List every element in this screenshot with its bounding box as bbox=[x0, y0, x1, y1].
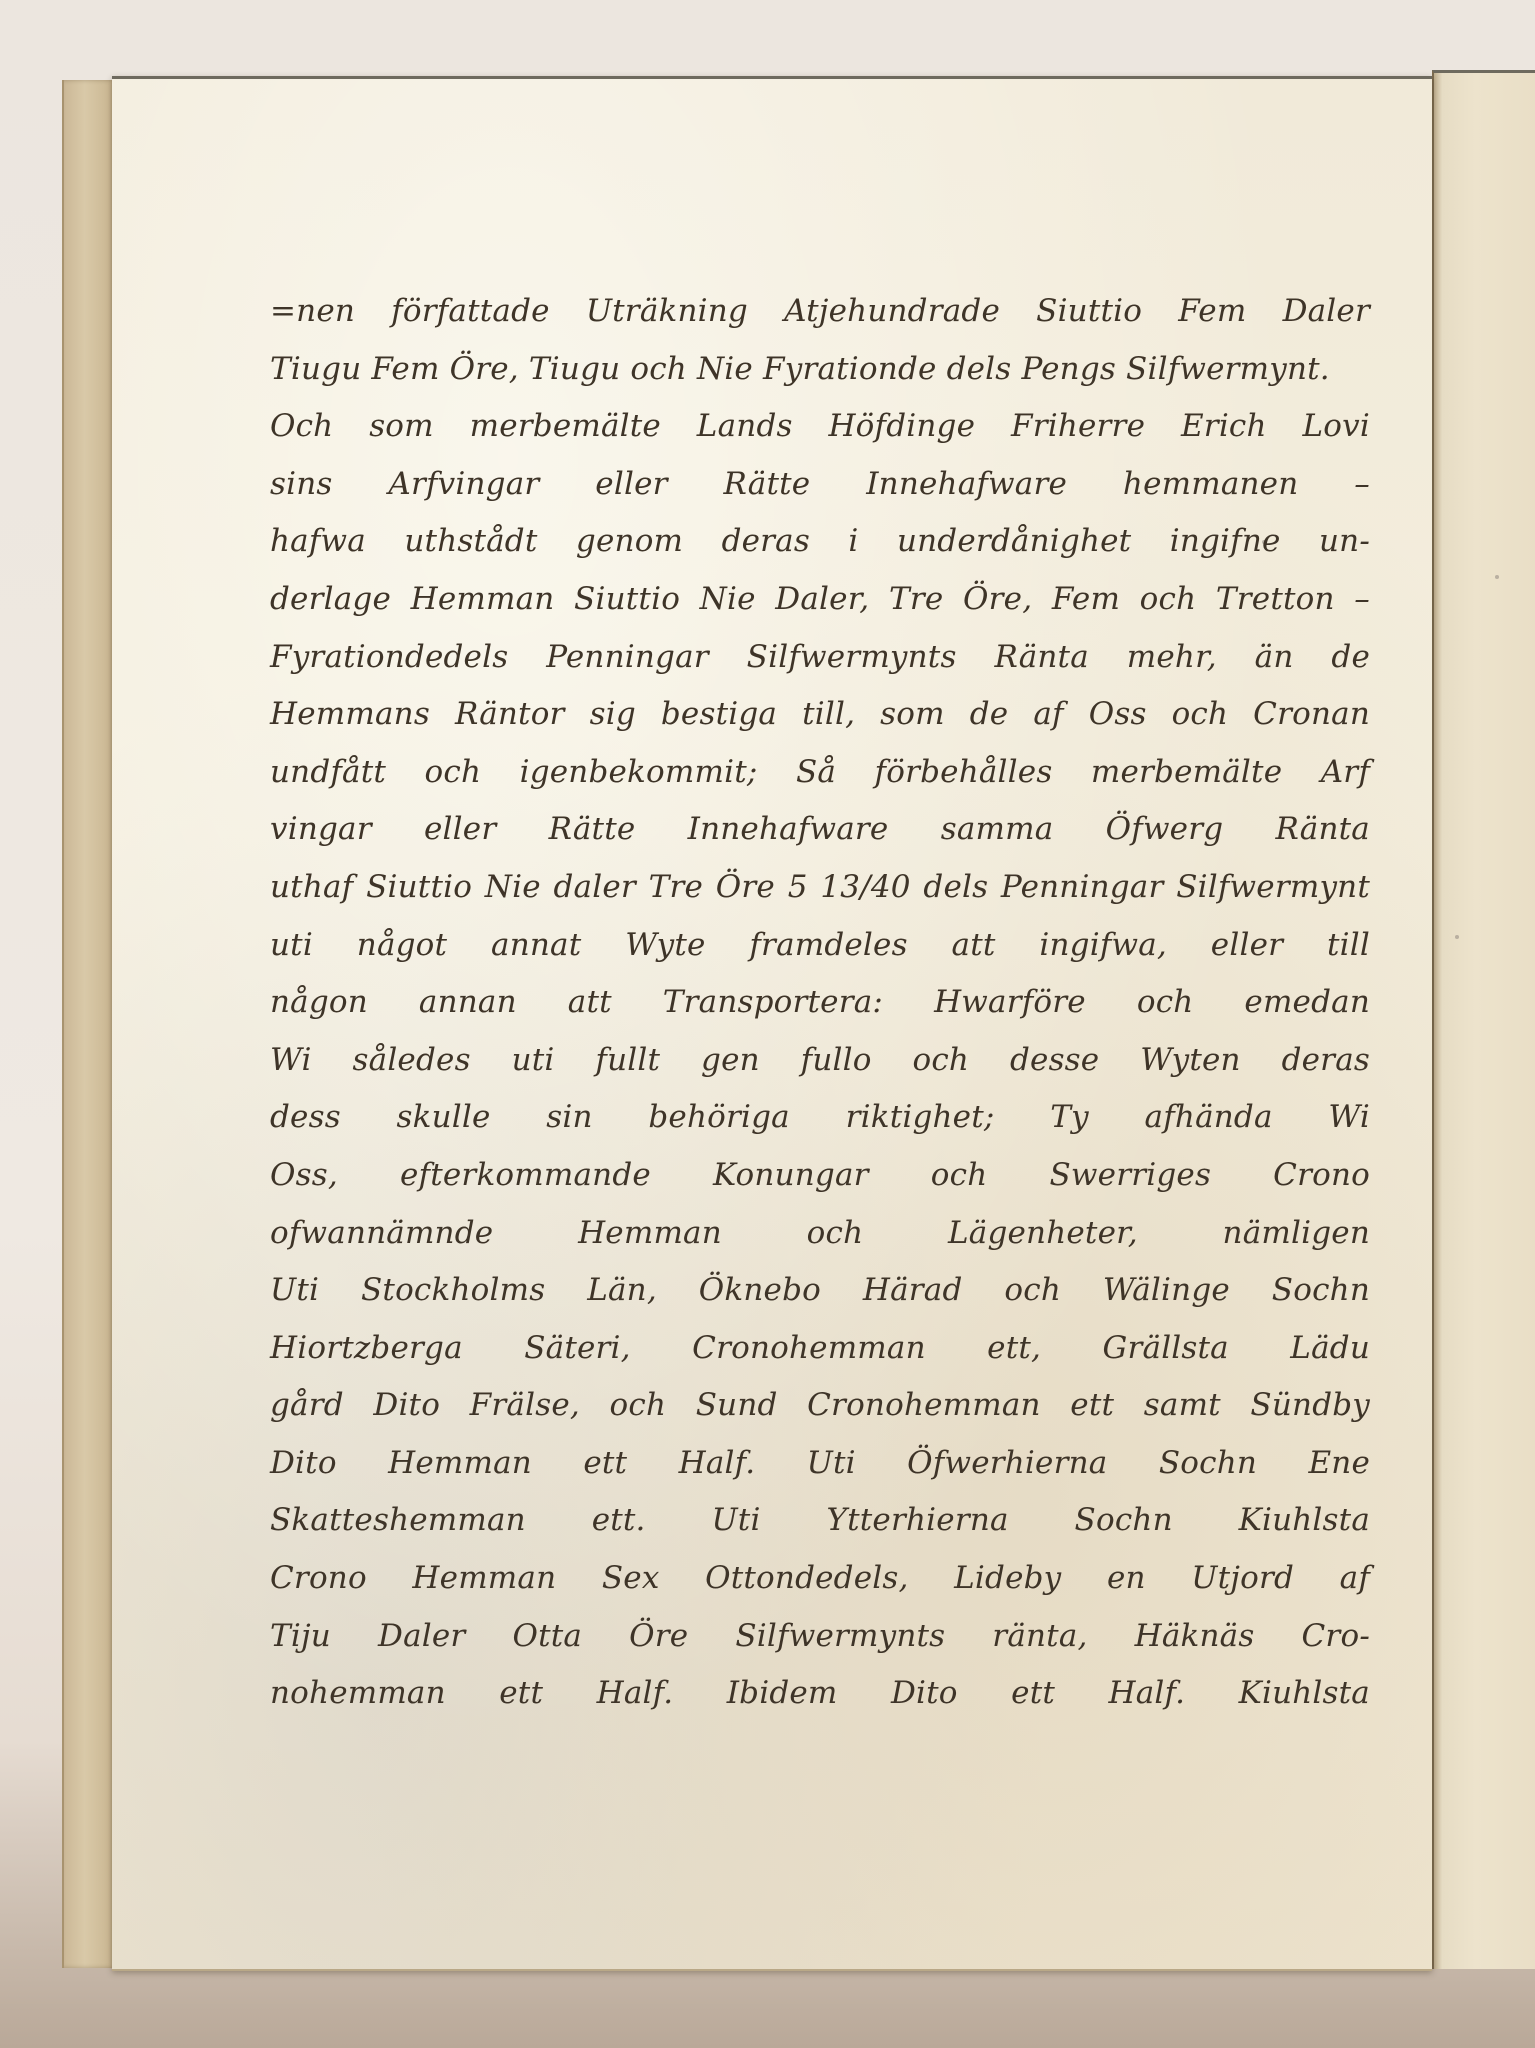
text-line: Crono Hemman Sex Ottondedels, Lideby en … bbox=[270, 1550, 1370, 1608]
text-line: Fyrationdedels Penningar Silfwermynts Rä… bbox=[270, 629, 1370, 687]
text-line: =nen författade Uträkning Atjehundrade S… bbox=[270, 283, 1370, 341]
text-line: Tiju Daler Otta Öre Silfwermynts ränta, … bbox=[270, 1608, 1370, 1666]
text-line: nohemman ett Half. Ibidem Dito ett Half.… bbox=[270, 1665, 1370, 1723]
text-line: Hiortzberga Säteri, Cronohemman ett, Grä… bbox=[270, 1320, 1370, 1378]
text-line: Och som merbemälte Lands Höfdinge Friher… bbox=[270, 398, 1370, 456]
text-line: uti något annat Wyte framdeles att ingif… bbox=[270, 917, 1370, 975]
text-line: Skatteshemman ett. Uti Ytterhierna Sochn… bbox=[270, 1492, 1370, 1550]
ink-speck bbox=[1495, 575, 1499, 579]
facing-page-edge bbox=[1432, 70, 1535, 1969]
text-line: Oss, efterkommande Konungar och Swerrige… bbox=[270, 1147, 1370, 1205]
text-line: gård Dito Frälse, och Sund Cronohemman e… bbox=[270, 1377, 1370, 1435]
text-line: Hemmans Räntor sig bestiga till, som de … bbox=[270, 686, 1370, 744]
text-line: vingar eller Rätte Innehafware samma Öfw… bbox=[270, 801, 1370, 859]
text-line: hafwa uthstådt genom deras i underdånigh… bbox=[270, 513, 1370, 571]
text-line: derlage Hemman Siuttio Nie Daler, Tre Ör… bbox=[270, 571, 1370, 629]
text-line: Uti Stockholms Län, Öknebo Härad och Wäl… bbox=[270, 1262, 1370, 1320]
text-line: uthaf Siuttio Nie daler Tre Öre 5 13/40 … bbox=[270, 859, 1370, 917]
text-line: Tiugu Fem Öre, Tiugu och Nie Fyrationde … bbox=[270, 341, 1290, 399]
text-line: dess skulle sin behöriga riktighet; Ty a… bbox=[270, 1089, 1370, 1147]
manuscript-text: =nen författade Uträkning Atjehundrade S… bbox=[270, 283, 1370, 1723]
ink-speck bbox=[1455, 935, 1459, 939]
text-line: Dito Hemman ett Half. Uti Öfwerhierna So… bbox=[270, 1435, 1370, 1493]
text-line: sins Arfvingar eller Rätte Innehafware h… bbox=[270, 456, 1370, 514]
text-line: undfått och igenbekommit; Så förbehålles… bbox=[270, 744, 1370, 802]
text-line: någon annan att Transportera: Hwarföre o… bbox=[270, 974, 1370, 1032]
book-cover-edge bbox=[62, 80, 116, 1968]
text-line: Wi således uti fullt gen fullo och desse… bbox=[270, 1032, 1370, 1090]
text-line: ofwannämnde Hemman och Lägenheter, nämli… bbox=[270, 1205, 1370, 1263]
